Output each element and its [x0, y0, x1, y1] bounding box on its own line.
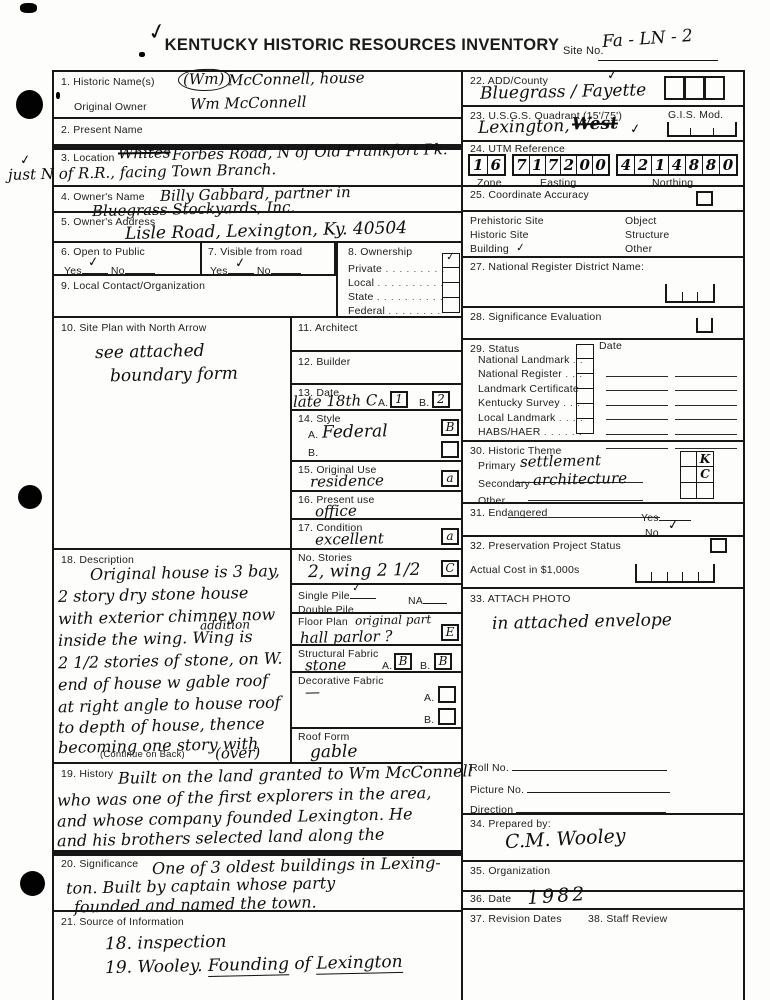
hole-punch — [16, 90, 43, 119]
field-13-value: late 18th C — [293, 391, 378, 411]
site-no-label: Site No. — [563, 45, 604, 57]
field-33-label: 33. ATTACH PHOTO — [470, 593, 571, 605]
field-36-label: 36. Date — [470, 893, 511, 905]
field-34-label: 34. Prepared by: — [470, 818, 551, 830]
roll-no-label: Roll No. — [470, 762, 509, 774]
field-23-struck-value: West — [572, 114, 618, 135]
checkmark-icon: ✓ — [606, 67, 619, 83]
picture-no-blank — [527, 781, 670, 793]
field-31-label: 31. Endangered — [470, 507, 548, 519]
field-19-label: 19. History — [61, 768, 113, 780]
field-13-a-box: 1 — [390, 391, 408, 408]
theme-secondary-value: architecture — [533, 469, 627, 489]
status-item-label: Local Landmark . . . . — [478, 412, 584, 424]
field-1-value: McConnell, house — [228, 69, 365, 90]
object-label: Object — [625, 215, 657, 227]
decorative-fabric-a-label: A. — [424, 692, 434, 704]
field-7-no-blank — [271, 262, 301, 274]
hole-punch — [18, 485, 42, 509]
gis-mod-label: G.I.S. Mod. — [668, 109, 723, 121]
field-14-a-label: A. — [308, 429, 318, 441]
ownership-state-label: State . . . . . . . . . . — [348, 291, 444, 303]
description-line: 2 story dry stone house — [58, 583, 249, 606]
continue-on-back-note: (Continue on Back) — [100, 749, 185, 760]
stories-box: C — [441, 560, 459, 577]
field-15-value: residence — [310, 471, 384, 491]
field-3-struck-value: Whites — [118, 143, 171, 162]
status-date-line — [606, 393, 744, 394]
field-14-b-label: B. — [308, 447, 318, 459]
field-17-value: excellent — [315, 529, 384, 548]
field-23-value: Lexington, — [478, 116, 570, 138]
scanned-form-page: ✓ ✓ KENTUCKY HISTORIC RESOURCES INVENTOR… — [0, 0, 770, 1000]
actual-cost-label: Actual Cost in $1,000s — [470, 564, 579, 576]
status-item-label: Landmark Certificate — [478, 383, 579, 395]
utm-easting-boxes: 717200 — [512, 154, 610, 176]
building-label: Building — [470, 243, 509, 255]
other-label: Other — [625, 243, 652, 255]
field-21-label: 21. Source of Information — [61, 916, 184, 928]
description-line: inside the wing. Wing is — [58, 627, 253, 650]
field-8-label: 8. Ownership — [348, 246, 412, 258]
field-10-label: 10. Site Plan with North Arrow — [61, 322, 206, 334]
status-item-label: HABS/HAER . . . . . . — [478, 426, 583, 438]
ownership-private-label: Private . . . . . . . . . — [348, 263, 445, 275]
field-22-value: Bluegrass / Fayette — [480, 80, 647, 103]
field-32-box — [710, 538, 727, 553]
structural-fabric-b-box: B — [434, 653, 452, 670]
field-35-label: 35. Organization — [470, 865, 550, 877]
underlined-word: Founding — [208, 954, 290, 977]
original-owner-label: Original Owner — [74, 101, 147, 113]
field-14-b-box — [441, 441, 459, 458]
field-6-no-blank — [125, 262, 155, 274]
status-date-label: Date — [599, 340, 622, 352]
status-item-label: Kentucky Survey . . . — [478, 397, 581, 409]
site-plan-note-line2: boundary form — [110, 364, 238, 387]
structure-label: Structure — [625, 229, 669, 241]
original-owner-value: Wm McConnell — [190, 93, 307, 113]
ownership-local-label: Local . . . . . . . . . . — [348, 277, 444, 289]
checkmark-icon: ✓ — [445, 249, 456, 263]
floor-plan-label: Floor Plan — [298, 616, 348, 628]
gis-mod-boxes — [667, 122, 737, 137]
field-17-box: a — [441, 528, 459, 545]
stories-value: 2, wing 2 1/2 — [308, 560, 421, 582]
site-plan-note-line1: see attached — [95, 341, 205, 363]
prehistoric-site-label: Prehistoric Site — [470, 215, 544, 227]
endangered-yes-label: Yes — [641, 512, 659, 524]
status-date-line — [606, 364, 744, 365]
field-28-label: 28. Significance Evaluation — [470, 311, 601, 323]
field-9-label: 9. Local Contact/Organization — [61, 280, 205, 292]
field-12-label: 12. Builder — [298, 356, 350, 368]
status-item-label: National Register . . . — [478, 368, 583, 380]
status-date-line — [606, 407, 744, 408]
utm-zone-boxes: 16 — [468, 154, 506, 176]
status-date-line — [606, 422, 744, 423]
field-13-b-label: B. — [419, 397, 429, 409]
historic-site-label: Historic Site — [470, 229, 529, 241]
field-15-box: a — [441, 470, 459, 487]
roll-no-blank — [512, 759, 667, 771]
utm-northing-boxes: 4214880 — [616, 154, 738, 176]
form-title: KENTUCKY HISTORIC RESOURCES INVENTORY — [152, 36, 572, 55]
field-2-label: 2. Present Name — [61, 124, 143, 136]
field-7-label: 7. Visible from road — [208, 246, 302, 258]
floor-plan-box: E — [441, 624, 459, 641]
theme-code-grid: KC — [680, 451, 714, 499]
photo-note: in attached envelope — [492, 610, 672, 634]
field-28-box — [696, 318, 713, 333]
field-38-label: 38. Staff Review — [588, 913, 667, 925]
theme-secondary-label: Secondary — [478, 478, 530, 490]
scan-smudge — [139, 52, 145, 57]
field-25-label: 25. Coordinate Accuracy — [470, 189, 589, 201]
field-27-label: 27. National Register District Name: — [470, 261, 644, 273]
na-label: NA — [408, 595, 423, 607]
na-blank — [423, 592, 447, 604]
theme-primary-value: settlement — [520, 451, 601, 471]
hole-punch — [20, 871, 45, 896]
status-date-line — [606, 436, 744, 437]
floor-plan-value1: original part — [355, 612, 432, 628]
field-13-b-box: 2 — [432, 391, 450, 408]
field-3-label: 3. Location — [61, 152, 115, 164]
site-no-underline — [598, 60, 718, 61]
source-line1: 18. inspection — [105, 932, 227, 955]
field-22-code-boxes — [664, 76, 725, 100]
checkmark-icon: ✓ — [667, 517, 680, 533]
decorative-fabric-value: — — [305, 683, 320, 701]
checkmark-icon: ✓ — [351, 580, 362, 594]
picture-no-label: Picture No. — [470, 784, 524, 796]
field-27-boxes — [665, 284, 715, 303]
field-1-circled-value: (Wm) — [178, 68, 231, 91]
scan-smudge — [20, 3, 37, 13]
direction-blank — [516, 801, 666, 813]
field-14-a-value: Federal — [322, 421, 388, 442]
status-date-line — [606, 378, 744, 379]
description-line: Original house is 3 bay, — [90, 561, 280, 584]
field-37-label: 37. Revision Dates — [470, 913, 562, 925]
field-20-label: 20. Significance — [61, 858, 138, 870]
checkmark-icon: ✓ — [515, 240, 526, 254]
decorative-fabric-b-box — [438, 708, 456, 725]
underlined-word: Lexington — [316, 952, 403, 975]
checkmark-icon: ✓ — [234, 255, 247, 271]
structural-fabric-a-box: B — [394, 653, 412, 670]
field-14-a-box: B — [441, 419, 459, 436]
theme-primary-label: Primary — [478, 460, 516, 472]
field-25-box — [696, 191, 713, 206]
checkmark-icon: ✓ — [87, 254, 100, 270]
roof-form-value: gable — [310, 742, 358, 763]
field-1-label: 1. Historic Name(s) — [61, 76, 155, 88]
date-value: 1982 — [526, 883, 588, 909]
over-note: (over) — [215, 744, 261, 763]
theme-code-c: C — [697, 467, 714, 483]
site-no-value: Fa - LN - 2 — [601, 26, 693, 52]
status-item-label: National Landmark . . — [478, 354, 584, 366]
decorative-fabric-a-box — [438, 686, 456, 703]
actual-cost-boxes — [635, 564, 715, 583]
field-32-label: 32. Preservation Project Status — [470, 540, 621, 552]
field-13-a-label: A. — [378, 397, 388, 409]
field-6-label: 6. Open to Public — [61, 246, 145, 258]
field-11-label: 11. Architect — [298, 322, 358, 334]
decorative-fabric-b-label: B. — [424, 714, 434, 726]
checkmark-icon: ✓ — [629, 121, 642, 137]
theme-code-k: K — [697, 451, 714, 467]
